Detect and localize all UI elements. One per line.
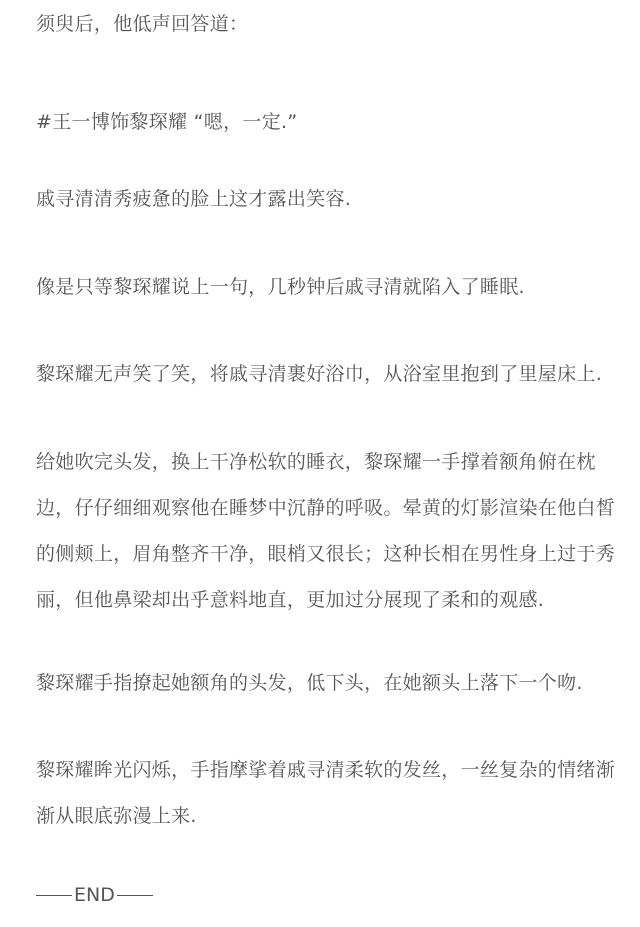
paragraph: 黎琛耀眸光闪烁，手指摩挲着戚寻清柔软的发丝，一丝复杂的情绪渐渐从眼底弥漫上来. [36,747,616,839]
end-label: END [72,884,117,906]
divider-right [117,895,153,896]
paragraph: #王一博饰黎琛耀 “嗯，一定.” [36,99,616,145]
end-marker: END [36,884,153,906]
divider-left [36,895,72,896]
paragraph: 黎琛耀手指撩起她额角的头发，低下头，在她额头上落下一个吻. [36,660,616,706]
paragraph: 须臾后，他低声回答道： [36,1,616,47]
paragraph: 给她吹完头发，换上干净松软的睡衣，黎琛耀一手撑着额角俯在枕边，仔仔细细观察他在睡… [36,439,616,623]
paragraph: 戚寻清清秀疲惫的脸上这才露出笑容. [36,176,616,222]
paragraph: 像是只等黎琛耀说上一句，几秒钟后戚寻清就陷入了睡眠. [36,264,616,310]
paragraph: 黎琛耀无声笑了笑，将戚寻清裹好浴巾，从浴室里抱到了里屋床上. [36,351,616,397]
